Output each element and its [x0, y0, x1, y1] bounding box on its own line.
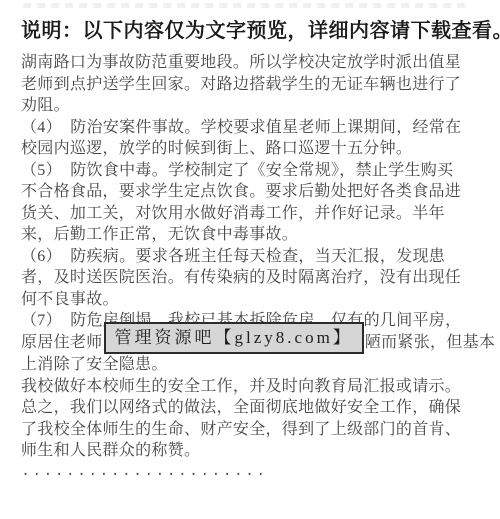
text-line: 不合格食品，要求学生定点饮食。要求后勤处把好各类食品进 [21, 181, 480, 203]
text-line: 来，后勤工作正常，无饮食中毒事故。 [21, 224, 480, 246]
text-line: 湖南路口为事故防范重要地段。所以学校决定放学时派出值星 [21, 52, 480, 74]
preview-notice: 说明：以下内容仅为文字预览，详细内容请下载查看。 [21, 14, 480, 43]
text-line: 老师到点护送学生回家。对路边搭载学生的无证车辆也进行了 [21, 74, 480, 96]
text-line: 者，及时送医院医治。有传染病的及时隔离治疗，没有出现任 [21, 267, 480, 289]
watermark-badge: 管理资源吧【glzy8.com】 [104, 322, 364, 355]
text-line: （4） 防治安案件事故。学校要求值星老师上课期间，经常在 [21, 117, 480, 139]
text-line: 总之，我们以网络式的做法，全面彻底地做好安全工作，确保 [21, 397, 480, 419]
text-line: 我校做好本校师生的安全工作，并及时向教育局汇报或请示。 [21, 376, 480, 398]
text-after-watermark: 陋而紧张，但基本 [365, 332, 495, 354]
text-line: 了我校全体师生的生命、财产安全，得到了上级部门的首肯、 [21, 419, 480, 441]
document-body: 湖南路口为事故防范重要地段。所以学校决定放学时派出值星老师到点护送学生回家。对路… [21, 52, 480, 462]
document-preview-page: 说明：以下内容仅为文字预览，详细内容请下载查看。 湖南路口为事故防范重要地段。所… [0, 0, 500, 519]
text-line: 劝阻。 [21, 95, 480, 117]
text-line: 货关、加工关，对饮用水做好消毒工作，并作好记录。半年 [21, 203, 480, 225]
text-line: 师生和人民群众的称赞。 [21, 440, 480, 462]
text-line: （5） 防饮食中毒。学校制定了《安全常规》，禁止学生购买 [21, 160, 480, 182]
text-before-watermark: 原居住老师 [21, 332, 103, 354]
cropped-text-artifact [23, 3, 470, 8]
ellipsis-line: ...................... [21, 463, 480, 480]
text-line: （6） 防疾病。要求各班主任每天检查，当天汇报，发现患 [21, 246, 480, 268]
text-line: 何不良事故。 [21, 289, 480, 311]
text-line: 上消除了安全隐患。 [21, 354, 480, 376]
text-line: 原居住老师管理资源吧【glzy8.com】陋而紧张，但基本 [21, 332, 480, 355]
text-line: 校园内巡逻，放学的时候到街上、路口巡逻十五分钟。 [21, 138, 480, 160]
